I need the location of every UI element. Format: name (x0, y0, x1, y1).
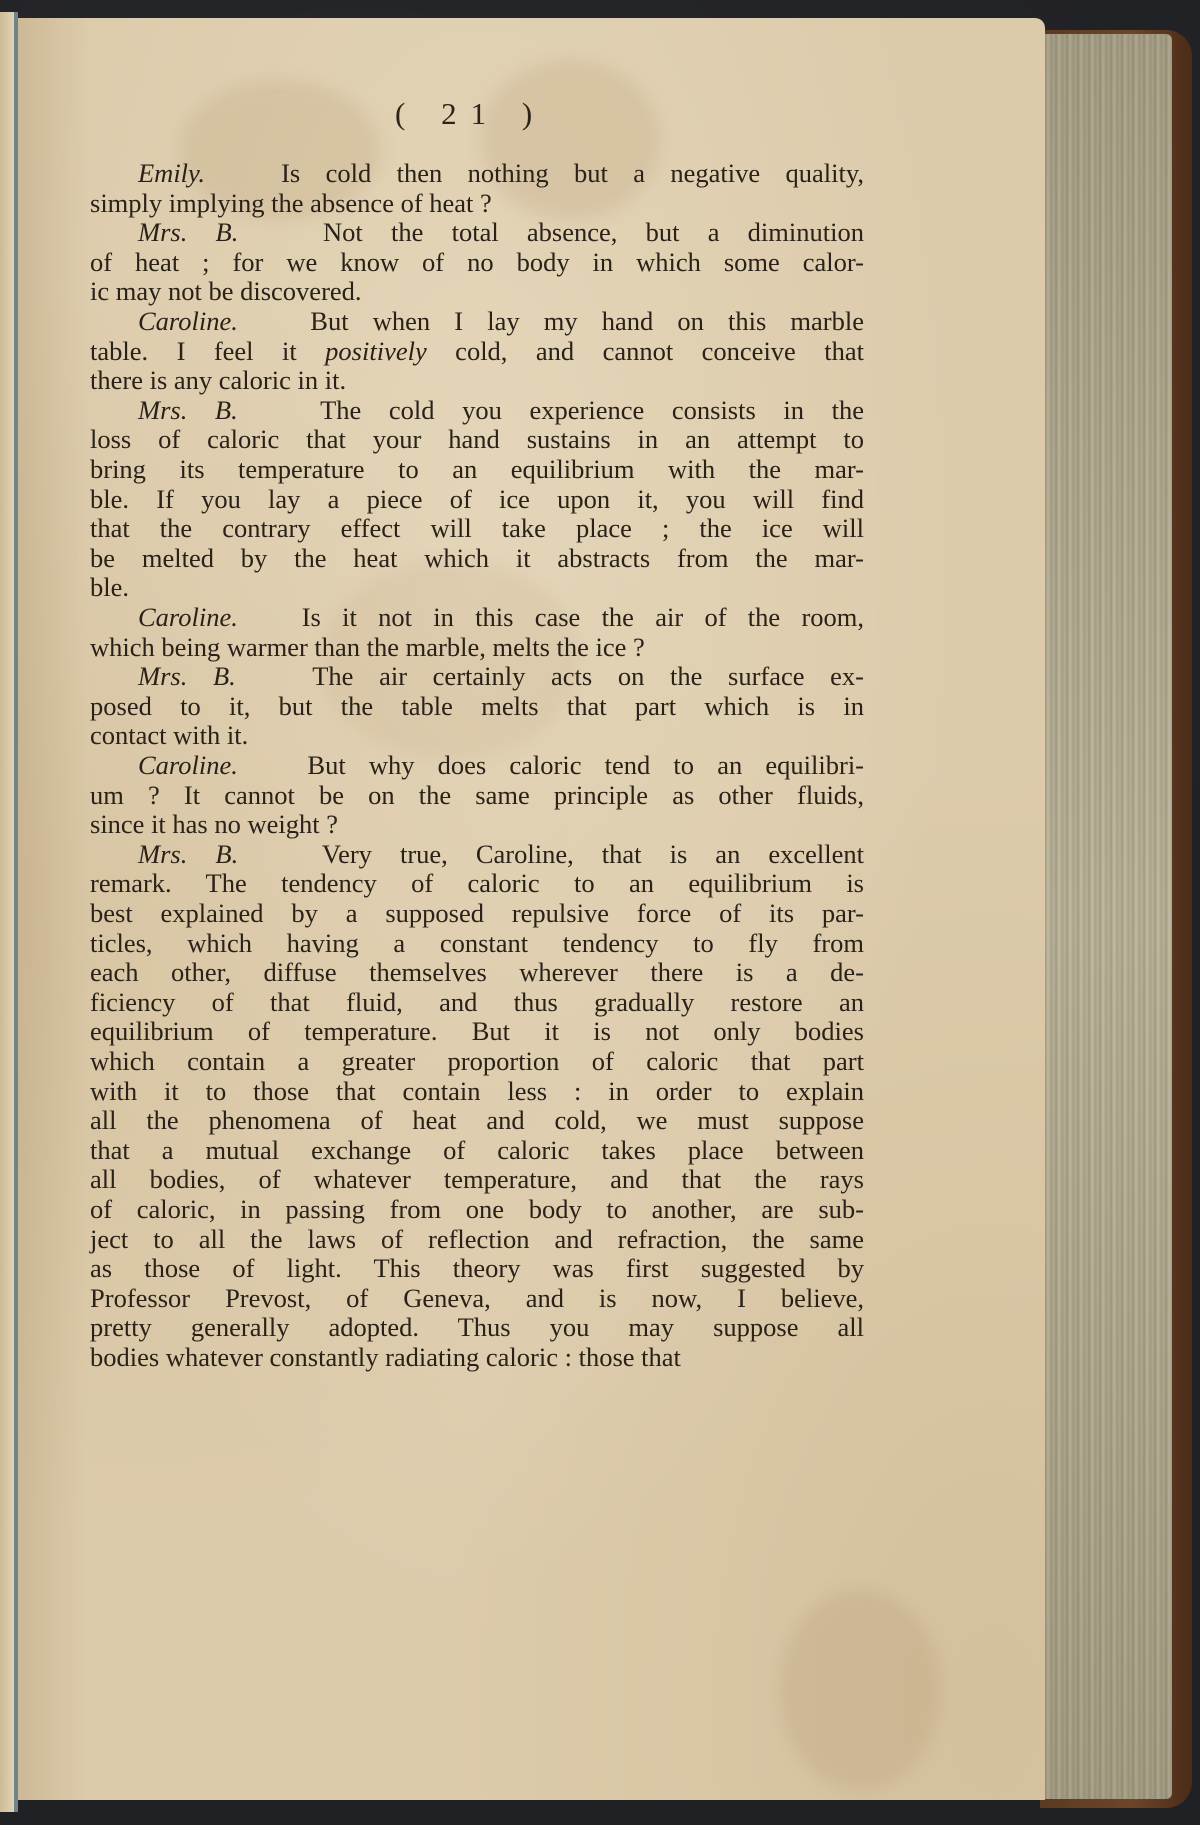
text-line: ficiency of that fluid, and thus gradual… (90, 987, 864, 1017)
text-line: Professor Prevost, of Geneva, and is now… (90, 1283, 864, 1313)
page-number: ( 21 ) (395, 96, 595, 132)
text-line: be melted by the heat which it abstracts… (90, 543, 864, 573)
line-text: Is it not in this case the air of the ro… (302, 602, 864, 632)
dialogue-line-speaker: Caroline. But why does caloric tend to a… (138, 750, 864, 780)
emphasized-word: positively (325, 336, 427, 366)
text-line: that the contrary effect will take place… (90, 513, 864, 543)
text-line: all bodies, of whatever temperature, and… (90, 1164, 864, 1194)
text-line: bring its temperature to an equilibrium … (90, 454, 864, 484)
speaker-name: Mrs. B. (138, 217, 238, 247)
paper-stain (780, 1590, 940, 1790)
page-gutter-shadow (18, 18, 88, 1800)
text-line: with it to those that contain less : in … (90, 1076, 864, 1106)
text-line: ticles, which having a constant tendency… (90, 928, 864, 958)
speaker-name: Caroline. (138, 602, 238, 632)
speaker-name: Mrs. B. (138, 839, 238, 869)
line-text: But why does caloric tend to an equilibr… (307, 750, 864, 780)
text-line: table. I feel it positively cold, and ca… (90, 336, 864, 366)
line-text: The cold you experience consists in the (320, 395, 864, 425)
text-line: of heat ; for we know of no body in whic… (90, 247, 864, 277)
dialogue-line-speaker: Mrs. B. The air certainly acts on the su… (138, 661, 864, 691)
speaker-name: Mrs. B. (138, 661, 236, 691)
line-text: Not the total absence, but a diminution (323, 217, 864, 247)
text-line: which being warmer than the marble, melt… (90, 632, 864, 662)
dialogue-line-speaker: Caroline. Is it not in this case the air… (138, 602, 864, 632)
speaker-name: Caroline. (138, 306, 238, 336)
text-line: ic may not be discovered. (90, 276, 864, 306)
text-line: best explained by a supposed repulsive f… (90, 898, 864, 928)
text-line: remark. The tendency of caloric to an eq… (90, 868, 864, 898)
speaker-name: Emily. (138, 158, 205, 188)
speaker-name: Mrs. B. (138, 395, 238, 425)
dialogue-line-speaker: Mrs. B. Not the total absence, but a dim… (138, 217, 864, 247)
line-text: But when I lay my hand on this marble (310, 306, 864, 336)
line-text: Very true, Caroline, that is an excellen… (322, 839, 864, 869)
text-line: there is any caloric in it. (90, 365, 864, 395)
text-line: um ? It cannot be on the same principle … (90, 780, 864, 810)
text-line: that a mutual exchange of caloric takes … (90, 1135, 864, 1165)
text-line: bodies whatever constantly radiating cal… (90, 1342, 864, 1372)
book-fore-edge (1040, 34, 1172, 1799)
text-line: as those of light. This theory was first… (90, 1253, 864, 1283)
text-line: of caloric, in passing from one body to … (90, 1194, 864, 1224)
text-line: all the phenomena of heat and cold, we m… (90, 1105, 864, 1135)
dialogue-line-speaker: Caroline. But when I lay my hand on this… (138, 306, 864, 336)
dialogue-line-speaker: Mrs. B. The cold you experience consists… (138, 395, 864, 425)
text-line: contact with it. (90, 720, 864, 750)
line-text: table. I feel it (90, 336, 325, 366)
dialogue-line-speaker: Emily. Is cold then nothing but a negati… (138, 158, 864, 188)
text-line: simply implying the absence of heat ? (90, 188, 864, 218)
facing-page-edge (0, 12, 14, 1812)
text-line: pretty generally adopted. Thus you may s… (90, 1312, 864, 1342)
line-text: cold, and cannot conceive that (427, 336, 864, 366)
speaker-name: Caroline. (138, 750, 238, 780)
line-text: The air certainly acts on the surface ex… (312, 661, 864, 691)
text-line: equilibrium of temperature. But it is no… (90, 1016, 864, 1046)
line-text: Is cold then nothing but a negative qual… (281, 158, 864, 188)
text-line: since it has no weight ? (90, 809, 864, 839)
dialogue-line-speaker: Mrs. B. Very true, Caroline, that is an … (138, 839, 864, 869)
text-line: loss of caloric that your hand sustains … (90, 424, 864, 454)
text-line: ble. (90, 572, 864, 602)
text-line: ble. If you lay a piece of ice upon it, … (90, 484, 864, 514)
text-line: posed to it, but the table melts that pa… (90, 691, 864, 721)
text-line: ject to all the laws of reflection and r… (90, 1224, 864, 1254)
text-line: each other, diffuse themselves wherever … (90, 957, 864, 987)
text-line: which contain a greater proportion of ca… (90, 1046, 864, 1076)
